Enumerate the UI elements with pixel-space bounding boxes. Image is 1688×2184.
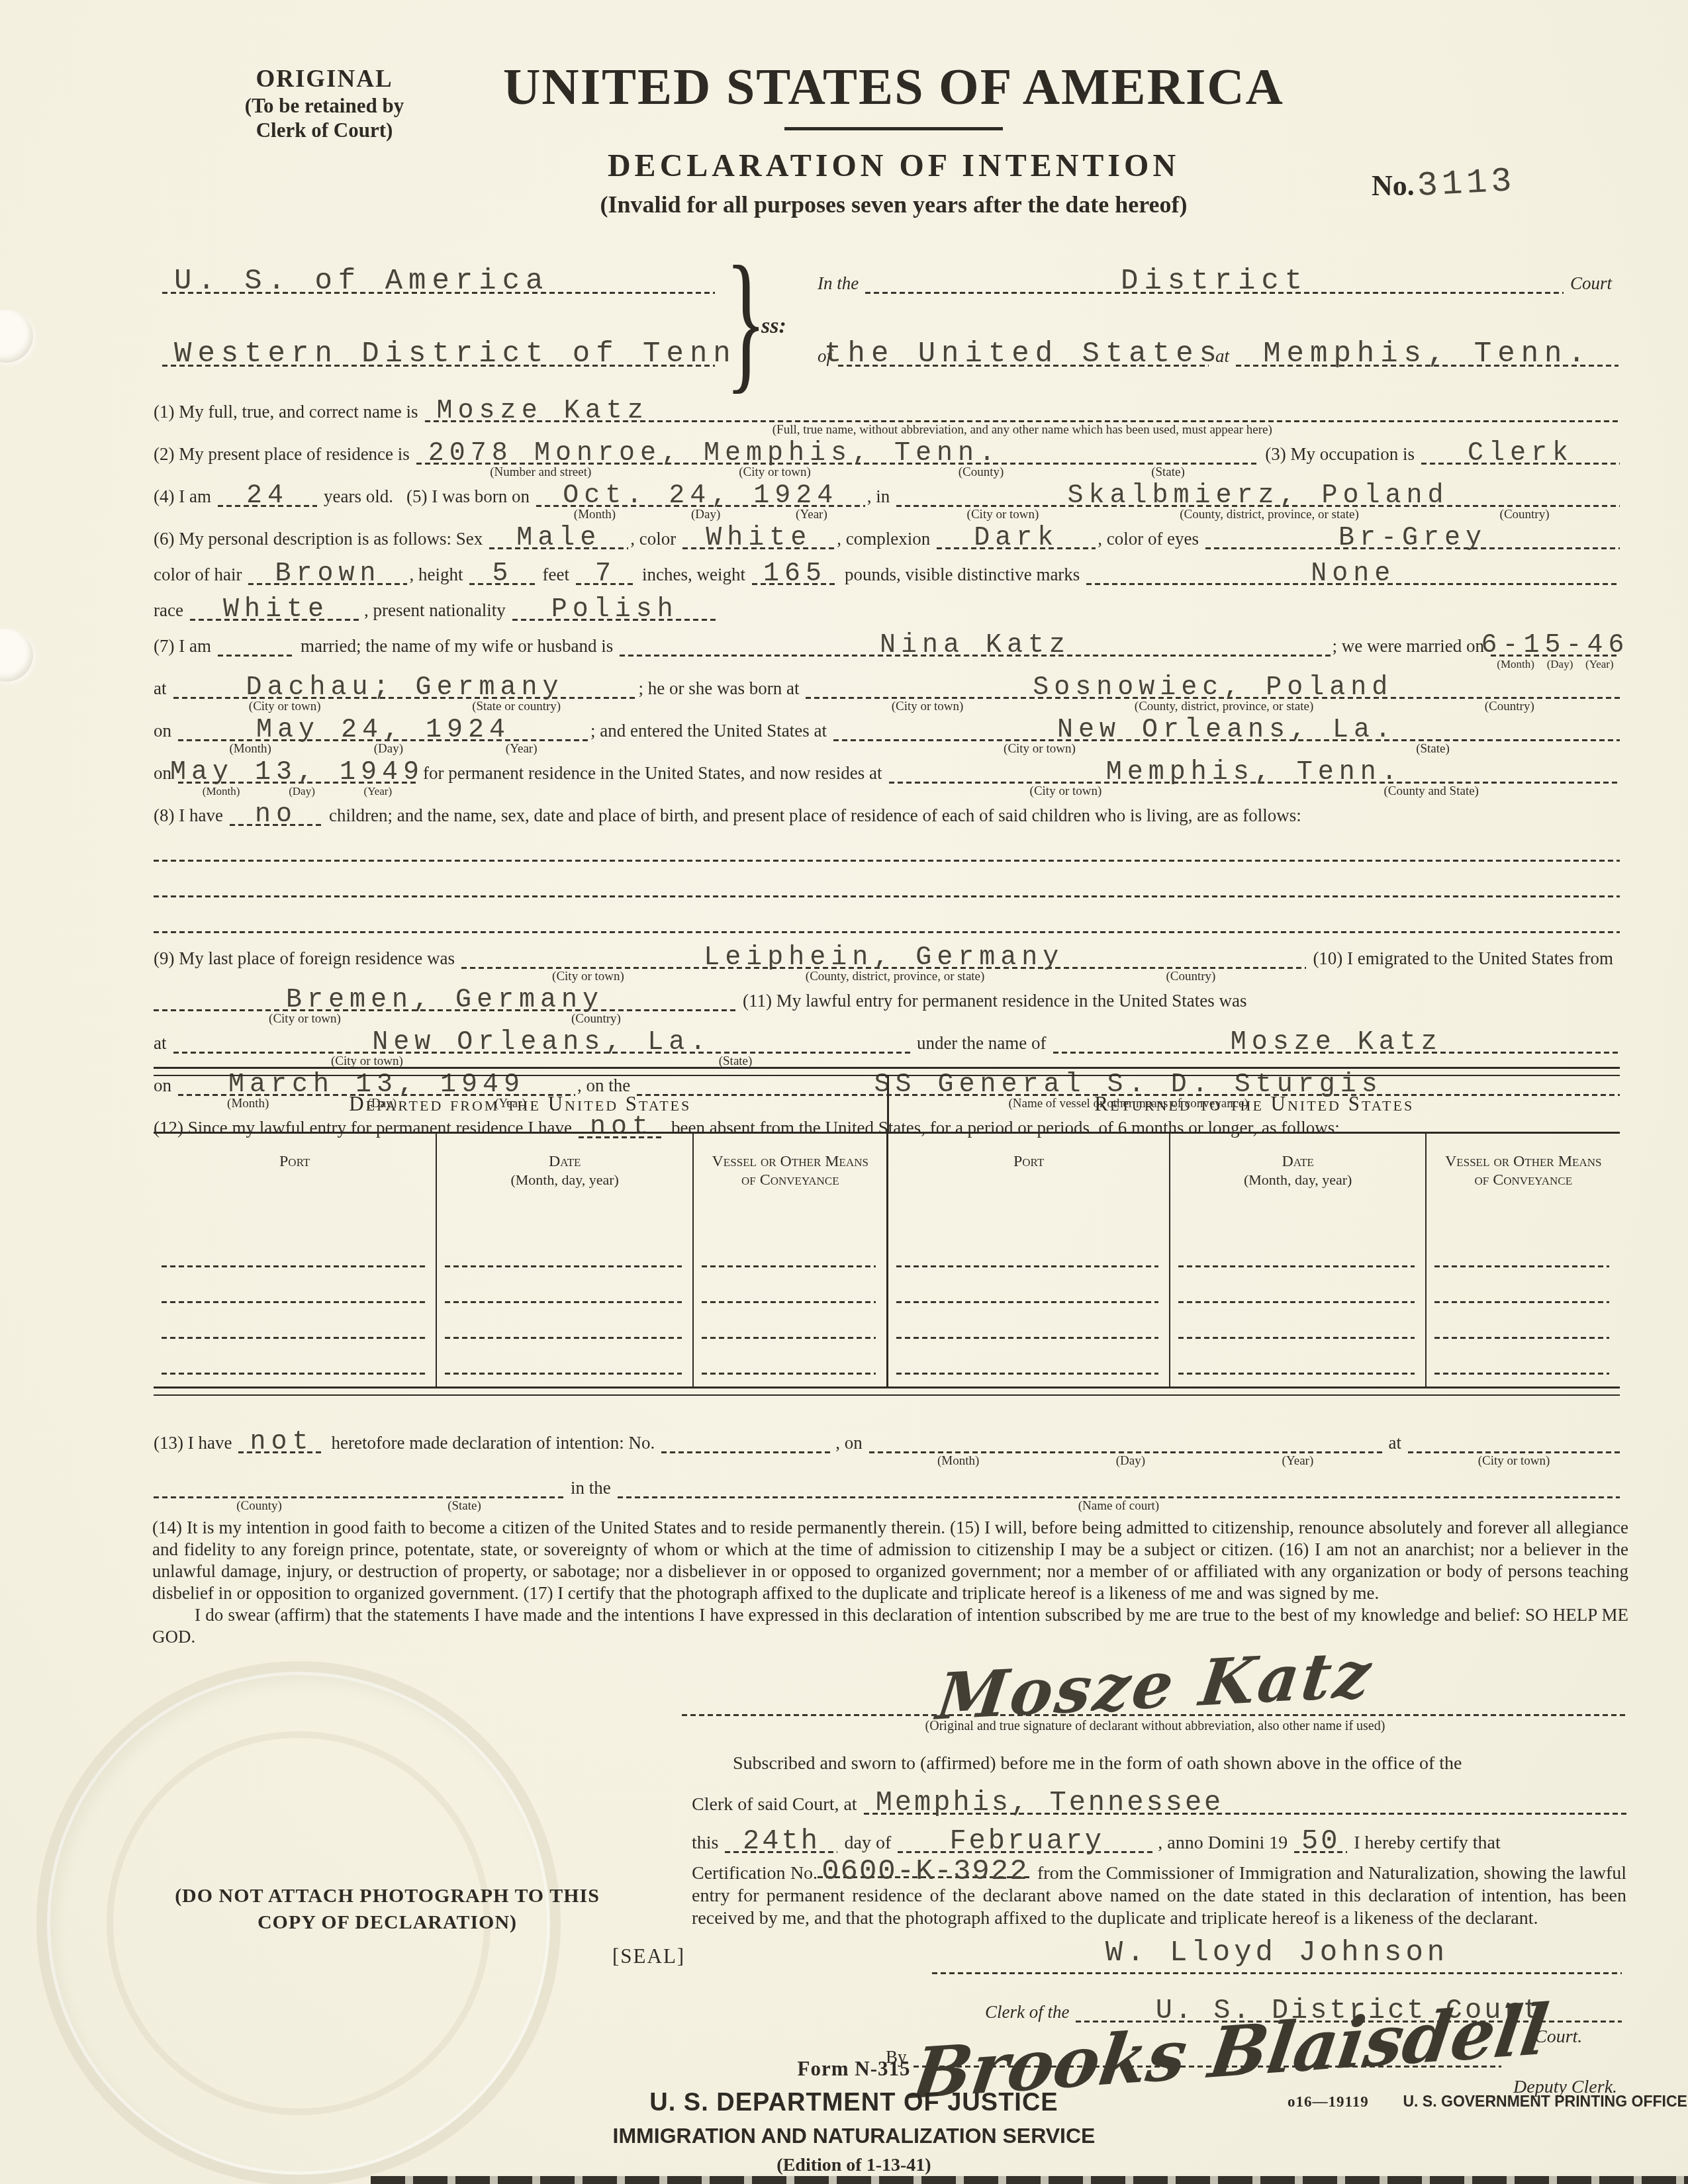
clerk-name-line <box>932 1972 1622 1974</box>
sublabel-state: (State) <box>1151 466 1185 479</box>
under-name-label: under the name of <box>910 1033 1053 1054</box>
birth-place-field: Skalbmierz, Poland (City or town) (Count… <box>896 482 1620 507</box>
table-col-port-returned: Port <box>886 1134 1168 1233</box>
absence-table: Departed from the United States Returned… <box>154 1067 1620 1396</box>
item-4-5-age-birth: (4) I am 24 years old. (5) I was born on… <box>154 482 1620 507</box>
children-count-value: no <box>255 800 297 830</box>
prior-county-state-field: (County) (State) <box>154 1473 564 1498</box>
sublabel-country: (Country) <box>1485 700 1534 713</box>
weight-value: 165 <box>763 559 827 589</box>
spouse-entry-date-field: May 13, 1949 (Month) (Day) (Year) <box>178 758 416 784</box>
full-name-value: Mosze Katz <box>437 396 649 426</box>
spouse-entry-port-field: New Orleans, La. (City or town) (State) <box>833 716 1620 741</box>
sublabel-day: (Day) <box>691 508 720 522</box>
race-value: White <box>223 595 329 625</box>
prior-date-field: (Month) (Day) (Year) <box>869 1428 1382 1453</box>
height-inches-field: 7 <box>576 560 635 585</box>
table-cell-empty <box>154 1269 436 1304</box>
item-6-description-line3: race White , present nationality Polish <box>154 596 1620 621</box>
hair-label: color of hair <box>154 565 248 585</box>
height-feet-field: 5 <box>469 560 536 585</box>
certification-no-value: 0600-K-3922 <box>818 1865 1032 1878</box>
service-name: IMMIGRATION AND NATURALIZATION SERVICE <box>543 2124 1165 2148</box>
number-label: No. <box>1372 169 1415 202</box>
children-blank-line-2 <box>154 872 1620 897</box>
table-col-date-title: Date <box>1180 1152 1417 1171</box>
clerk-of-court-label: Clerk of said Court, at <box>692 1794 864 1815</box>
oath-paragraph: I do swear (affirm) that the statements … <box>152 1604 1628 1648</box>
venue-caption-line2: Western District of Tenn. <box>174 338 760 371</box>
spouse-entry-date-value: May 13, 1949 <box>170 758 424 788</box>
item-7-marriage-line4: on May 13, 1949 (Month) (Day) (Year) for… <box>154 758 1620 784</box>
entry-at-label: at <box>154 1033 173 1054</box>
item-13-line1: (13) I have not heretofore made declarat… <box>154 1428 1620 1453</box>
height-label: , height <box>407 565 469 585</box>
attestation-place-line: Clerk of said Court, at Memphis, Tenness… <box>692 1786 1626 1815</box>
clerk-name-value: W. Lloyd Johnson <box>932 1936 1622 1970</box>
birth-date-field: Oct. 24, 1924 (Month) (Day) (Year) <box>536 482 865 507</box>
printing-office-line: o16—19119 U. S. GOVERNMENT PRINTING OFFI… <box>1288 2093 1687 2111</box>
table-cell-empty <box>886 1233 1168 1269</box>
occupation-field: Clerk <box>1421 439 1620 465</box>
table-col-vessel-returned: Vessel or Other Means of Conveyance <box>1425 1134 1619 1233</box>
item-10-label: (10) I emigrated to the United States fr… <box>1306 948 1620 969</box>
form-items: (1) My full, true, and correct name is M… <box>154 397 1620 1149</box>
sublabel-country: (Country) <box>571 1013 621 1026</box>
gpo-label: U. S. GOVERNMENT PRINTING OFFICE <box>1403 2093 1687 2110</box>
table-cell-empty <box>436 1269 692 1304</box>
sublabel-city: (City or town) <box>1004 743 1076 756</box>
item-9-10-line: (9) My last place of foreign residence w… <box>154 944 1620 969</box>
table-cell-empty <box>1425 1304 1619 1340</box>
item-7-marriage-line2: at Dachau; Germany (City or town) (State… <box>154 674 1620 699</box>
table-cell-empty <box>1169 1376 1426 1387</box>
sublabel-month: (Month) <box>574 508 616 522</box>
form-number: Form N-315 <box>543 2057 1165 2081</box>
certification-paragraph: Certification No.0600-K-3922 from the Co… <box>692 1862 1626 1930</box>
sublabel-state: (State) <box>719 1055 753 1068</box>
residence-field: 2078 Monroe, Memphis, Tenn. (Number and … <box>416 439 1258 465</box>
birth-date-value: Oct. 24, 1924 <box>563 481 838 511</box>
scan-edge-artifact <box>371 2176 1688 2184</box>
nationality-label: , present nationality <box>362 600 512 621</box>
marks-label: pounds, visible distinctive marks <box>838 565 1086 585</box>
sublabel-county: (County) <box>959 466 1004 479</box>
prior-on-label: , on <box>833 1433 869 1453</box>
spouse-entry-port-value: New Orleans, La. <box>1057 715 1396 745</box>
color-label: , color <box>628 529 682 549</box>
attestation-year-value: 50 <box>1301 1825 1340 1857</box>
sublabel-number-street: (Number and street) <box>490 466 591 479</box>
sublabel-year: (Year) <box>506 743 538 756</box>
declaration-of-intention-document: ORIGINAL (To be retained by Clerk of Cou… <box>0 0 1688 2184</box>
married-blank-field <box>218 631 294 657</box>
venue-caption: U. S. of America Western District of Ten… <box>162 257 715 376</box>
prior-at-label: at <box>1382 1433 1409 1453</box>
anno-domini-label: , anno Domini 19 <box>1156 1833 1294 1853</box>
item-13-line2: (County) (State) in the (Name of court) <box>154 1473 1620 1498</box>
punch-hole-bottom <box>0 629 33 682</box>
spouse-birthdate-field: May 24, 1924 (Month) (Day) (Year) <box>178 716 588 741</box>
spouse-name-label: married; the name of my wife or husband … <box>294 636 620 657</box>
sublabel-year: (Year) <box>1282 1455 1314 1468</box>
prior-court-label: in the <box>564 1478 618 1498</box>
table-col-vessel-departed: Vessel or Other Means of Conveyance <box>692 1134 886 1233</box>
sublabel-county-district: (County, district, province, or state) <box>1135 700 1314 713</box>
item-10-11-line: Bremen, Germany (City or town) (Country)… <box>154 986 1620 1011</box>
item-7-marriage-line1: (7) I am married; the name of my wife or… <box>154 631 1620 657</box>
sublabel-day: (Day) <box>374 743 403 756</box>
venue-caption-line1-field: U. S. of America <box>162 257 715 294</box>
spouse-born-label: ; he or she was born at <box>637 678 806 699</box>
item-4-label: (4) I am <box>154 486 218 507</box>
table-col-date-departed: Date (Month, day, year) <box>436 1134 692 1233</box>
court-of-value: the United States <box>824 338 1223 371</box>
court-at-field: Memphis, Tenn. <box>1236 330 1618 367</box>
color-field: White <box>682 524 835 549</box>
entry-name-field: Mosze Katz <box>1053 1028 1620 1054</box>
title-underline <box>784 127 1003 130</box>
age-value: 24 <box>246 481 289 511</box>
table-cell-empty <box>692 1376 886 1387</box>
age-field: 24 <box>218 482 317 507</box>
entry-name-value: Mosze Katz <box>1231 1028 1442 1058</box>
spouse-residence-field: Memphis, Tenn. (City or town) (County an… <box>889 758 1620 784</box>
residence-value: 2078 Monroe, Memphis, Tenn. <box>428 439 1000 469</box>
sex-value: Male <box>516 523 601 553</box>
sublabel-county-state: (County and State) <box>1383 785 1479 798</box>
full-name-field: Mosze Katz (Full, true name, without abb… <box>425 397 1620 422</box>
table-col-port-departed: Port <box>154 1134 436 1233</box>
marks-field: None <box>1086 560 1620 585</box>
children-blank-field-2 <box>154 872 1620 897</box>
attestation-place-value: Memphis, Tennessee <box>876 1787 1224 1819</box>
declarant-signature: Mosze Katz <box>933 1641 1376 1729</box>
item-13-section: (13) I have not heretofore made declarat… <box>154 1428 1620 1509</box>
table-cell-empty <box>1169 1304 1426 1340</box>
children-blank-line-1 <box>154 837 1620 862</box>
items-14-17-paragraph: (14) It is my intention in good faith to… <box>152 1517 1628 1604</box>
item-4-suffix: years old. <box>317 486 400 507</box>
table-cell-empty <box>886 1304 1168 1340</box>
sublabel-year: (Year) <box>364 785 393 798</box>
item-5-in-label: , in <box>865 486 897 507</box>
item-8-suffix: children; and the name, sex, date and pl… <box>322 805 1308 826</box>
in-the-label: In the <box>811 273 865 294</box>
sublabel-county-district: (County, district, province, or state) <box>806 970 985 983</box>
venue-brace: } <box>726 261 751 380</box>
prior-city-field: (City or town) <box>1408 1428 1620 1453</box>
item-13-label: (13) I have <box>154 1433 238 1453</box>
height-feet-value: 5 <box>492 559 513 589</box>
spouse-name-field: Nina Katz <box>620 631 1330 657</box>
birth-place-value: Skalbmierz, Poland <box>1068 481 1449 511</box>
spouse-birthplace-field: Sosnowiec, Poland (City or town) (County… <box>806 674 1620 699</box>
document-header: UNITED STATES OF AMERICA DECLARATION OF … <box>397 57 1390 218</box>
certify-label: I hereby certify that <box>1347 1833 1507 1853</box>
item-11-line2: at New Orleans, La. (City or town) (Stat… <box>154 1028 1620 1054</box>
emigrated-from-value: Bremen, Germany <box>286 985 604 1015</box>
table-cell-empty <box>436 1376 692 1387</box>
table-cell-empty <box>692 1233 886 1269</box>
table-cell-empty <box>692 1304 886 1340</box>
eyes-label: , color of eyes <box>1096 529 1205 549</box>
sublabel-day: (Day) <box>289 785 315 798</box>
weight-label: inches, weight <box>635 565 752 585</box>
prior-court-field: (Name of court) <box>618 1473 1620 1498</box>
sublabel-day: (Day) <box>1116 1455 1145 1468</box>
nationality-field: Polish <box>512 596 718 621</box>
item-7-label: (7) I am <box>154 636 218 657</box>
spouse-entered-label: ; and entered the United States at <box>588 721 833 741</box>
entry-port-field: New Orleans, La. (City or town) (State) <box>173 1028 910 1054</box>
table-departed-header: Departed from the United States <box>154 1076 887 1132</box>
weight-field: 165 <box>752 560 838 585</box>
occupation-value: Clerk <box>1468 439 1573 469</box>
complexion-label: , complexion <box>835 529 937 549</box>
venue-caption-line1: U. S. of America <box>174 265 549 298</box>
table-cell-empty <box>1425 1233 1619 1269</box>
attestation-line1: Subscribed and sworn to (affirmed) befor… <box>692 1752 1626 1775</box>
item-6-label: (6) My personal description is as follow… <box>154 529 489 549</box>
print-code: o16—19119 <box>1288 2093 1369 2110</box>
clerk-name-block: W. Lloyd Johnson <box>932 1936 1622 1974</box>
item-2-residence: (2) My present place of residence is 207… <box>154 439 1620 465</box>
foreign-residence-field: Leiphein, Germany (City or town) (County… <box>461 944 1306 969</box>
nationality-value: Polish <box>551 595 679 625</box>
sublabel-state: (State) <box>447 1500 481 1513</box>
attestation-day-field: 24th <box>725 1824 837 1853</box>
full-name-sublabel: (Full, true name, without abbreviation, … <box>773 424 1272 437</box>
item-5-label: (5) I was born on <box>400 486 536 507</box>
sublabel-city: (City or town) <box>1030 785 1102 798</box>
this-label: this <box>692 1833 725 1853</box>
sublabel-city: (City or town) <box>967 508 1039 522</box>
sublabel-state: (State) <box>1416 743 1450 756</box>
attestation-day-value: 24th <box>743 1825 820 1857</box>
table-cell-empty <box>154 1233 436 1269</box>
item-9-label: (9) My last place of foreign residence w… <box>154 948 461 969</box>
table-cell-empty <box>1169 1233 1426 1269</box>
entry-port-value: New Orleans, La. <box>372 1028 711 1058</box>
married-at-label: at <box>154 678 173 699</box>
sublabel-city: (City or town) <box>1478 1455 1550 1468</box>
attestation-date-line: this 24th day of February , anno Domini … <box>692 1824 1626 1853</box>
sublabel-city: (City or town) <box>249 700 321 713</box>
sublabel-city: (City or town) <box>552 970 624 983</box>
sublabel-county: (County) <box>236 1500 282 1513</box>
table-cell-empty <box>1425 1376 1619 1387</box>
eyes-value: Br-Grey <box>1338 523 1487 553</box>
sublabel-month: (Month) <box>1497 658 1534 671</box>
document-subtitle: DECLARATION OF INTENTION <box>397 148 1390 184</box>
attestation-place-field: Memphis, Tennessee <box>864 1786 1626 1815</box>
form-footer: Form N-315 U. S. DEPARTMENT OF JUSTICE I… <box>543 2057 1165 2176</box>
feet-label: feet <box>536 565 575 585</box>
table-cell-empty <box>154 1376 436 1387</box>
sublabel-month: (Month) <box>229 743 271 756</box>
table-cell-empty <box>436 1233 692 1269</box>
marriage-place-field: Dachau; Germany (City or town) (State or… <box>173 674 637 699</box>
item-3-label: (3) My occupation is <box>1258 444 1421 465</box>
spouse-birthdate-value: May 24, 1924 <box>256 715 510 745</box>
spouse-name-value: Nina Katz <box>880 631 1070 660</box>
table-cell-empty <box>1425 1340 1619 1376</box>
children-blank-line-3 <box>154 908 1620 933</box>
sublabel-county-district: (County, district, province, or state) <box>1180 508 1359 522</box>
table-cell-empty <box>436 1340 692 1376</box>
spouse-birthplace-value: Sosnowiec, Poland <box>1033 673 1393 703</box>
item-8-children: (8) I have no children; and the name, se… <box>154 801 1620 826</box>
page-title: UNITED STATES OF AMERICA <box>397 57 1390 116</box>
court-of-field: the United States <box>838 330 1209 367</box>
ss-label: ss: <box>761 294 811 339</box>
sublabel-country: (Country) <box>1166 970 1215 983</box>
children-blank-field-1 <box>154 837 1620 862</box>
attestation-month-field: February <box>898 1824 1156 1853</box>
foreign-residence-value: Leiphein, Germany <box>704 943 1064 973</box>
no-photograph-line1: (DO NOT ATTACH PHOTOGRAPH TO THIS <box>159 1883 616 1909</box>
sublabel-city: (City or town) <box>739 466 811 479</box>
attestation-year-field: 50 <box>1294 1824 1347 1853</box>
spouse-birthdate-on-label: on <box>154 721 178 741</box>
complexion-field: Dark <box>937 524 1096 549</box>
table-col-date-sub: (Month, day, year) <box>1180 1171 1417 1189</box>
marriage-place-value: Dachau; Germany <box>246 673 563 703</box>
table-cell-empty <box>886 1340 1168 1376</box>
sublabel-city: (City or town) <box>269 1013 341 1026</box>
sublabel-month: (Month) <box>937 1455 979 1468</box>
validity-note: (Invalid for all purposes seven years af… <box>397 191 1390 218</box>
marriage-date-value: 6-15-46 <box>1481 631 1629 660</box>
item-2-label: (2) My present place of residence is <box>154 444 416 465</box>
table-col-date-returned: Date (Month, day, year) <box>1169 1134 1426 1233</box>
edition-note: (Edition of 1-13-41) <box>543 2155 1165 2176</box>
complexion-value: Dark <box>974 523 1058 553</box>
item-11-label: (11) My lawful entry for permanent resid… <box>736 991 1254 1011</box>
venue-section: U. S. of America Western District of Ten… <box>162 257 1618 376</box>
table-cell-empty <box>154 1340 436 1376</box>
certification-no-label: Certification No. <box>692 1863 818 1884</box>
venue-court: In the District Court of the United Stat… <box>811 257 1618 376</box>
table-cell-empty <box>692 1340 886 1376</box>
table-cell-empty <box>1425 1269 1619 1304</box>
no-photograph-line2: COPY OF DECLARATION) <box>159 1909 616 1936</box>
prior-declaration-field: not <box>238 1428 324 1453</box>
table-col-date-title: Date <box>446 1152 683 1171</box>
number-value: 3113 <box>1416 161 1517 206</box>
item-7-marriage-line3: on May 24, 1924 (Month) (Day) (Year) ; a… <box>154 716 1620 741</box>
court-at-value: Memphis, Tenn. <box>1263 338 1591 371</box>
attestation-section: Subscribed and sworn to (affirmed) befor… <box>692 1752 1626 1930</box>
prior-declaration-value: not <box>250 1428 313 1457</box>
race-label: race <box>154 600 190 621</box>
sublabel-month: (Month) <box>203 785 240 798</box>
sublabel-year: (Year) <box>796 508 827 522</box>
item-1-label: (1) My full, true, and correct name is <box>154 402 425 422</box>
children-count-field: no <box>230 801 322 826</box>
item-8-label: (8) I have <box>154 805 230 826</box>
table-col-date-sub: (Month, day, year) <box>446 1171 683 1189</box>
marriage-date-field: 6-15-46 (Month) (Day) (Year) <box>1491 631 1620 657</box>
document-number: No. 3113 <box>1372 167 1516 206</box>
court-label: Court <box>1564 273 1618 294</box>
item-13-suffix: heretofore made declaration of intention… <box>324 1433 661 1453</box>
sublabel-year: (Year) <box>1585 658 1614 671</box>
marks-value: None <box>1311 559 1395 589</box>
table-cell-empty <box>1169 1269 1426 1304</box>
no-photograph-note: (DO NOT ATTACH PHOTOGRAPH TO THIS COPY O… <box>159 1883 616 1936</box>
table-top-rule <box>154 1067 1620 1076</box>
hair-value: Brown <box>275 559 381 589</box>
sublabel-state-or-country: (State or country) <box>472 700 561 713</box>
item-6-description-line1: (6) My personal description is as follow… <box>154 524 1620 549</box>
married-on-label: ; we were married on <box>1331 636 1491 657</box>
table-cell-empty <box>154 1304 436 1340</box>
spouse-residence-value: Memphis, Tenn. <box>1106 758 1403 788</box>
venue-caption-line2-field: Western District of Tenn. <box>162 330 715 367</box>
hair-field: Brown <box>248 560 407 585</box>
court-type-field: District <box>865 257 1564 294</box>
emigrated-from-field: Bremen, Germany (City or town) (Country) <box>154 986 736 1011</box>
attestation-month-value: February <box>949 1825 1104 1857</box>
table-returned-header: Returned to the United States <box>887 1076 1620 1132</box>
sublabel-day: (Day) <box>1547 658 1573 671</box>
prior-number-field <box>661 1428 833 1453</box>
table-cell-empty <box>886 1376 1168 1387</box>
declaration-paragraph-section: (14) It is my intention in good faith to… <box>152 1517 1628 1648</box>
declarant-signature-block: Mosze Katz (Original and true signature … <box>682 1653 1628 1734</box>
sublabel-city: (City or town) <box>331 1055 403 1068</box>
sublabel-city: (City or town) <box>892 700 964 713</box>
children-blank-field-3 <box>154 908 1620 933</box>
sex-field: Male <box>489 524 628 549</box>
sublabel-country: (Country) <box>1500 508 1550 522</box>
department-name: U. S. DEPARTMENT OF JUSTICE <box>543 2089 1165 2117</box>
height-inches-value: 7 <box>595 559 616 589</box>
day-of-label: day of <box>837 1833 898 1853</box>
item-1-name: (1) My full, true, and correct name is M… <box>154 397 1620 422</box>
color-value: White <box>706 523 812 553</box>
seal-bracket-label: [SEAL] <box>612 1944 685 1968</box>
table-cell-empty <box>886 1269 1168 1304</box>
table-cell-empty <box>1169 1340 1426 1376</box>
table-cell-empty <box>436 1304 692 1340</box>
punch-hole-top <box>0 310 33 363</box>
sublabel-name-of-court: (Name of court) <box>1078 1500 1159 1513</box>
item-6-description-line2: color of hair Brown , height 5 feet 7 in… <box>154 560 1620 585</box>
table-bottom-rule <box>154 1387 1620 1396</box>
court-type-value: District <box>1121 265 1308 298</box>
spouse-resides-label: for permanent residence in the United St… <box>416 763 889 784</box>
eyes-field: Br-Grey <box>1205 524 1620 549</box>
table-cell-empty <box>692 1269 886 1304</box>
race-field: White <box>190 596 362 621</box>
